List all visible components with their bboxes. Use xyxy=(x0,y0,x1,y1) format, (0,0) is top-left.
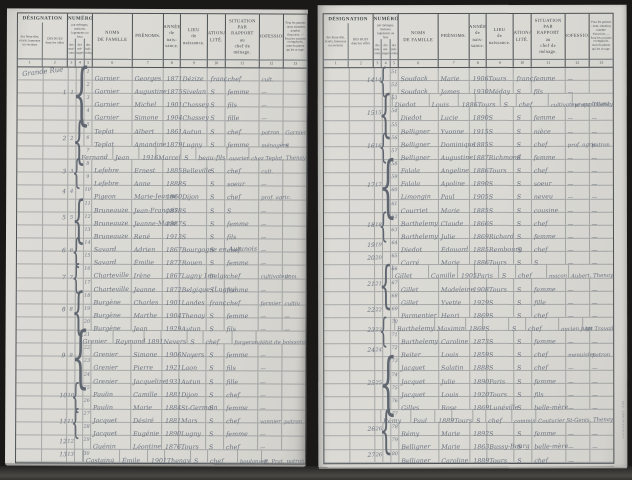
individual-number: 8 xyxy=(83,160,92,168)
cell-lieu: Thenay xyxy=(165,450,191,462)
cell-numeros: 64 xyxy=(324,239,399,251)
table-header: DÉSIGNATION des lieux-dits, écarts, hame… xyxy=(18,13,307,68)
cell-nat: S xyxy=(207,226,225,238)
cell-profession: — xyxy=(566,199,590,211)
cell-nat: S xyxy=(207,279,225,291)
cell-profession: — xyxy=(259,239,283,251)
cell-notes xyxy=(284,95,307,107)
individual-number: 1 xyxy=(84,68,93,76)
cell-lieu: S xyxy=(180,226,207,238)
cell-notes xyxy=(284,69,307,81)
cell-profession: — xyxy=(566,81,590,93)
individual-number: 54 xyxy=(390,108,399,116)
cell-notes xyxy=(282,345,305,357)
cell-profession: — xyxy=(566,370,590,382)
cell-numeros: 13 xyxy=(17,225,92,237)
subcol-places: des lieux-dits, écarts, hameaux ou secti… xyxy=(324,23,349,59)
cell-numeros: 78 xyxy=(324,423,399,435)
cell-numeros: 57 xyxy=(324,147,399,159)
cell-annee: 1885 xyxy=(470,239,487,251)
cell-nom: Fernand xyxy=(80,147,113,159)
subcol-streets: DES RUES dans les villes xyxy=(349,23,373,59)
cell-prenom: Louis xyxy=(439,384,470,396)
cell-notes: R. Prat, patron xyxy=(262,450,305,462)
household-group: {141451SoudackMarie1906Toursfranç.femme—… xyxy=(324,68,613,95)
cell-notes: — xyxy=(590,397,613,409)
cell-profession: — xyxy=(566,397,590,409)
column-numbers: 11 xyxy=(226,59,259,67)
cell-notes xyxy=(590,449,613,461)
cell-situation: femme xyxy=(224,424,258,436)
cell-nom: Barthelemy xyxy=(399,213,439,225)
column-numbers: 12 xyxy=(324,59,373,67)
cell-profession: maçon xyxy=(547,265,569,277)
cell-nat: S xyxy=(514,160,532,172)
cell-situation: cousine xyxy=(532,199,566,211)
cell-prenom: Émile xyxy=(120,449,148,461)
cell-prenom: Louis xyxy=(439,344,470,356)
individual-number: 22 xyxy=(82,344,91,352)
cell-annee: 1888 xyxy=(470,357,487,369)
cell-notes: — xyxy=(590,160,613,172)
cell-profession: — xyxy=(259,253,283,265)
cell-numeros: 17 xyxy=(17,278,92,290)
cell-prenom: René xyxy=(132,226,163,238)
household-group: {6614SavardAdrien1867Bourgogne en Autuno… xyxy=(17,238,306,266)
col-noms: NOMS DE FAMILLE6 xyxy=(93,14,133,67)
cell-nat: S xyxy=(514,147,532,159)
column-numbers: 6 xyxy=(93,59,132,67)
cell-lieu: S xyxy=(487,199,514,211)
cell-situation: femme xyxy=(225,213,259,225)
cell-lieu: S xyxy=(487,121,514,133)
cell-nom: Grenier xyxy=(91,357,131,369)
cell-profession: — xyxy=(566,357,590,369)
cell-notes: propr. Thenay xyxy=(573,94,613,106)
individual-number: 57 xyxy=(390,147,399,155)
cell-profession: — xyxy=(566,291,590,303)
cell-nat: S xyxy=(206,384,224,396)
cell-nat: S xyxy=(501,94,518,106)
cell-profession: — xyxy=(566,423,590,435)
cell-situation: chef xyxy=(225,121,259,133)
household-group: {338LefebreErnest1885BellevilleSchefcult… xyxy=(17,159,306,187)
cell-annee: 1863 xyxy=(470,436,487,448)
cell-prenom: Paul xyxy=(411,410,435,422)
menage-number: 24 xyxy=(375,348,383,353)
menage-number: 14 xyxy=(374,78,382,83)
cell-lieu: S xyxy=(487,305,514,317)
cell-prenom: Émilie xyxy=(132,252,163,264)
census-row: 53DiedotLouis1886ToursSchefcultivateur e… xyxy=(324,94,613,108)
column-numbers: 6 xyxy=(399,59,438,67)
column-numbers: 13 xyxy=(590,59,613,67)
census-row: 66GilletCamille1905ParisSchefmaçonAubert… xyxy=(324,265,613,279)
col-numeros-title: NUMÉROS xyxy=(68,14,92,23)
cell-prenom: Augustine xyxy=(439,147,470,159)
census-row: 11BruneauzeJean-François1878SSS— xyxy=(17,199,306,213)
cell-lieu: Lugny xyxy=(179,423,206,435)
cell-nom: Soudack xyxy=(399,68,439,80)
cell-profession: — xyxy=(566,160,590,172)
cell-notes: — xyxy=(590,226,613,238)
cell-profession: — xyxy=(258,345,282,357)
cell-situation: chef xyxy=(532,357,566,369)
cell-lieu: Laon xyxy=(179,358,206,370)
cell-annee: 1929 xyxy=(470,292,487,304)
cell-nom: Diedot xyxy=(399,239,439,251)
cell-prenom: Désiré xyxy=(131,410,162,422)
cell-numeros: 58 xyxy=(324,160,399,172)
cell-situation: femme xyxy=(225,305,259,317)
cell-nom: Jacquet xyxy=(399,357,439,369)
cell-prenom: Irène xyxy=(132,265,163,277)
cell-annee: 1901 xyxy=(163,292,180,304)
cell-annee: 1886 xyxy=(470,160,487,172)
cell-profession: — xyxy=(259,318,283,330)
col-annee: ANNÉE de nais- sance.8 xyxy=(470,14,487,67)
cell-nat: S xyxy=(188,331,203,343)
census-row: 76GillesRose1869LunévilleSbelle-mère—— xyxy=(324,397,613,411)
cell-nom: Charteville xyxy=(92,265,132,277)
cell-nat: S xyxy=(207,239,225,251)
cell-situation: femme xyxy=(532,278,566,290)
cell-situation: belle-mère xyxy=(532,397,566,409)
col-notes: Pour les patrons : nom, situation, nombr… xyxy=(590,14,613,67)
cell-nat: S xyxy=(514,213,532,225)
cell-nom: Gillet xyxy=(399,279,439,291)
household-group: {5511BruneauzeJean-François1878SSS—12Bru… xyxy=(17,199,306,240)
census-row: 77RémyPaul1889ToursSchefcommisCouturier … xyxy=(324,410,613,424)
cell-situation: fille xyxy=(224,371,258,383)
cell-profession: — xyxy=(566,147,590,159)
handwritten-entry: Belligner xyxy=(399,455,430,465)
cell-annee: 1869 xyxy=(470,397,487,409)
household-group: 242472ReiterLouis1859SSchefmenuisierpatr… xyxy=(324,344,613,358)
cell-situation: chef xyxy=(516,265,547,277)
cell-notes xyxy=(283,161,306,173)
cell-nat: S xyxy=(514,173,532,185)
menage-number: 26 xyxy=(375,427,383,432)
cell-lieu: Autun xyxy=(180,318,207,330)
cell-prenom: Raymond xyxy=(114,331,145,343)
cell-lieu: Tours xyxy=(487,278,514,290)
cell-situation: nièce xyxy=(532,120,566,132)
cell-nat: S xyxy=(206,437,224,449)
cell-notes: — xyxy=(590,291,613,303)
cell-lieu: Noyers xyxy=(179,344,206,356)
cell-notes: — xyxy=(590,107,613,119)
menage-number: 22 xyxy=(375,309,383,314)
cell-nom: Barthelemy xyxy=(399,226,439,238)
cell-profession: — xyxy=(259,226,283,238)
cell-notes xyxy=(283,187,306,199)
cell-prenom: Camille xyxy=(131,384,162,396)
cell-nom: Garnier xyxy=(93,107,133,119)
cell-situation: neveu xyxy=(532,186,566,198)
cell-annee: 1867 xyxy=(163,265,180,277)
cell-notes xyxy=(283,279,306,291)
cell-nom: Gillet xyxy=(399,292,439,304)
individual-number: 65 xyxy=(390,252,399,260)
cell-annee: 1878 xyxy=(163,200,180,212)
numeros-subcolumns: des mai- sons des mé- nages des indi- vi… xyxy=(68,39,92,59)
cell-situation: chef xyxy=(226,68,260,80)
household-group: {212166GilletCamille1905ParisSchefmaçonA… xyxy=(324,265,613,305)
cell-nat: S xyxy=(514,449,532,461)
menage-number: 26 xyxy=(375,453,383,458)
cell-prenom: Lucie xyxy=(439,107,470,119)
cell-prenom: Maximin xyxy=(436,318,467,330)
cell-lieu: Mars xyxy=(179,410,206,422)
menage-number: 17 xyxy=(374,184,382,189)
menage-number: 10 xyxy=(67,394,75,399)
column-numbers: 8 xyxy=(164,59,180,67)
cell-notes: cultiv. xyxy=(283,292,306,304)
cell-lieu: S xyxy=(483,318,509,330)
cell-situation: femme xyxy=(532,147,566,159)
cell-profession: — xyxy=(259,213,283,225)
cell-numeros: 10 xyxy=(17,186,92,198)
individual-number: 27 xyxy=(82,410,91,418)
cell-nat: S xyxy=(206,397,224,409)
cell-prenom: Camille xyxy=(429,265,457,277)
cell-numeros: 7 xyxy=(17,146,80,158)
census-row: 68GilletYvette1929SSfille—— xyxy=(324,291,613,305)
cell-nom: Teplat xyxy=(92,120,132,132)
cell-notes: — xyxy=(590,186,613,198)
cell-nat: S xyxy=(206,410,224,422)
cell-nat: S xyxy=(514,134,532,146)
cell-numeros: 27 xyxy=(16,409,91,421)
cell-annee: 1869 xyxy=(466,318,483,330)
cell-nat: S xyxy=(208,95,226,107)
cell-situation: chef xyxy=(532,239,566,251)
subcol-individus: des indi- vidus xyxy=(390,40,397,60)
cell-nat: S xyxy=(514,278,532,290)
cell-situation: soeur xyxy=(532,173,566,185)
cell-prenom: Madeleine xyxy=(439,279,470,291)
cell-lieu: Bussy-Bourg xyxy=(487,436,514,448)
cell-lieu: Tours xyxy=(179,436,206,448)
numeros-subcolumns: des mai- sons des mé- nages des indi- vi… xyxy=(374,40,398,60)
cell-nom: Diedot xyxy=(399,108,439,120)
col-designation-title: DÉSIGNATION xyxy=(324,14,373,23)
individual-number: 78 xyxy=(390,423,399,431)
cell-prenom: Marie xyxy=(439,200,470,212)
cell-notes: — xyxy=(590,252,613,264)
cell-situation: chef xyxy=(225,160,259,172)
cell-situation: femme xyxy=(225,134,259,146)
census-row: 79BellignerMarie1863Bussy-BourgSbelle-mè… xyxy=(324,436,613,450)
cell-numeros: 66 xyxy=(324,265,393,277)
cell-notes xyxy=(282,437,305,449)
cell-numeros: 26 xyxy=(16,396,91,408)
cell-numeros: 72 xyxy=(324,344,399,356)
cell-lieu: Richmond xyxy=(487,147,514,159)
cell-nom: Grenier xyxy=(91,344,131,356)
cell-lieu: Tours xyxy=(452,410,473,422)
cell-lieu: Paris xyxy=(475,265,500,277)
cell-annee: 1885 xyxy=(470,134,487,146)
cell-profession: forgeron xyxy=(232,331,256,343)
cell-profession: cultivateur exploitant xyxy=(549,94,573,106)
individual-number: 64 xyxy=(390,239,399,247)
cell-profession: fermier xyxy=(259,292,283,304)
col-numeros: NUMÉROS par ménages, maisons, logements … xyxy=(374,14,399,67)
cell-profession: cult. xyxy=(260,68,284,80)
census-row: 61CourrietMarie1885SScousine—— xyxy=(324,199,613,213)
menage-number: 3 xyxy=(68,170,76,175)
cell-nat: S xyxy=(514,107,532,119)
household-group: 131330CastaingÉmile1901ThenaySchefboulan… xyxy=(16,449,305,463)
individual-number: 16 xyxy=(83,265,92,273)
cell-lieu: Lunéville xyxy=(487,397,514,409)
individual-number: 3 xyxy=(84,94,93,102)
household-group: {232370BarthelemyMaximin1869SSchefancien… xyxy=(324,318,613,345)
column-numbers: 12 xyxy=(260,59,283,67)
individual-number: 56 xyxy=(390,134,399,142)
cell-profession: — xyxy=(566,173,590,185)
cell-situation: femme xyxy=(532,68,566,80)
cell-numeros: 8 xyxy=(17,159,92,171)
cell-lieu: Chassey xyxy=(181,94,208,106)
cell-prenom: Dominique xyxy=(439,134,470,146)
cell-lieu: Tours xyxy=(487,68,514,80)
cell-numeros: 19 xyxy=(17,304,92,316)
cell-profession: — xyxy=(259,174,283,186)
cell-nom: Jacquet xyxy=(399,371,439,383)
household-group: 191964DiedotÉdouard1885RembourgSchef—— xyxy=(324,239,613,253)
cell-lieu: Rouen xyxy=(180,252,207,264)
cell-lieu: S xyxy=(487,357,514,369)
cell-lieu: S xyxy=(180,173,207,185)
col-numeros-subtitle: par ménages, maisons, logements ou feux xyxy=(68,23,92,39)
cell-numeros: 25 xyxy=(16,383,91,395)
individual-number: 9 xyxy=(83,173,92,181)
individual-number: 17 xyxy=(83,278,92,286)
cell-situation: chef xyxy=(487,410,513,422)
cell-numeros: 55 xyxy=(324,121,399,133)
cell-nom: Belligner xyxy=(399,436,439,448)
cell-profession: — xyxy=(566,384,590,396)
cell-annee: 1913 xyxy=(163,226,180,238)
cell-profession: ménagère xyxy=(259,134,283,146)
register-page-right: DÉSIGNATION des lieux-dits, écarts, hame… xyxy=(318,5,628,468)
cell-prenom: Marie xyxy=(439,68,470,80)
subcol-streets: DES RUES dans les villes xyxy=(43,23,67,59)
cell-prenom: Claude xyxy=(439,213,470,225)
cell-profession: patron xyxy=(259,121,283,133)
cell-annee: 1889 xyxy=(470,450,487,462)
column-numbers: 7 xyxy=(133,59,163,67)
individual-number: 60 xyxy=(390,187,399,195)
cell-lieu: Lugny 1er xyxy=(180,265,207,277)
subcol-individus: des indi- vidus xyxy=(84,39,91,59)
cell-profession: — xyxy=(566,186,590,198)
cell-nat: S xyxy=(514,121,532,133)
cell-notes: Couturier St-Genis, Thenay xyxy=(536,410,613,422)
cell-nat: S xyxy=(514,397,532,409)
individual-number: 59 xyxy=(390,173,399,181)
menage-number: 13 xyxy=(67,453,75,458)
cell-situation: femme xyxy=(532,423,566,435)
cell-nat: franç. xyxy=(514,68,532,80)
household-group: 222269ParmentierHenri1869SSchef—— xyxy=(324,305,613,319)
cell-numeros: 79 xyxy=(324,437,399,449)
cell-lieu: Tours xyxy=(487,252,514,264)
cell-situation: chef xyxy=(225,292,259,304)
cell-nat: S xyxy=(207,187,225,199)
cell-situation: chef xyxy=(532,305,566,317)
cell-notes: S xyxy=(283,134,306,146)
cell-notes: — xyxy=(590,384,613,396)
cell-nom: Courriet xyxy=(399,200,439,212)
menage-number: 21 xyxy=(375,282,383,287)
cell-annee: 1873 xyxy=(470,331,487,343)
individual-number: 6 xyxy=(83,133,92,141)
cell-nat: S xyxy=(514,384,532,396)
cell-profession: prof. agric. xyxy=(259,187,283,199)
cell-numeros: 61 xyxy=(324,200,399,212)
individual-number: 10 xyxy=(83,186,92,194)
cell-annee: 1869 xyxy=(470,226,487,238)
cell-notes: patron xyxy=(590,344,613,356)
cell-notes: dom. xyxy=(283,266,306,278)
cell-lieu: S xyxy=(487,134,514,146)
cell-numeros: 73 xyxy=(324,358,399,370)
cell-lieu: S xyxy=(487,107,514,119)
cell-nom: Rémy xyxy=(381,410,411,422)
cell-prenom: Augustine xyxy=(133,81,164,93)
menage-number: 9 xyxy=(67,354,75,359)
cell-situation: fils xyxy=(226,95,260,107)
cell-situation: S xyxy=(225,200,259,212)
cell-nat: S xyxy=(514,292,532,304)
cell-prenom: Paul xyxy=(439,186,470,198)
individual-number: 73 xyxy=(390,358,399,366)
cell-notes: — xyxy=(590,305,613,317)
cell-numeros: 68 xyxy=(324,292,399,304)
census-table: DÉSIGNATION des lieux-dits, écarts, hame… xyxy=(15,12,308,464)
cell-situation: femme xyxy=(224,345,258,357)
cell-numeros: 65 xyxy=(324,252,399,264)
cell-profession: ouvrier xyxy=(227,147,250,159)
cell-annee: 1930 xyxy=(470,81,487,93)
cell-nom: Belligner xyxy=(399,121,439,133)
cell-notes xyxy=(590,81,613,93)
col-situation: SITUATION PAR RAPPORT au chef de ménage.… xyxy=(532,14,566,67)
cell-notes xyxy=(590,68,613,80)
col-noms: NOMS DE FAMILLE6 xyxy=(399,14,439,67)
cell-nom: Burgène xyxy=(92,291,132,303)
cell-nom: Belligner xyxy=(399,147,439,159)
cell-notes: — xyxy=(590,436,613,448)
individual-number: 80 xyxy=(390,450,399,458)
cell-situation: femme xyxy=(226,81,260,93)
cell-notes: — xyxy=(590,147,613,159)
cell-prenom: Anne xyxy=(132,173,163,185)
menage-number: 4 xyxy=(68,190,76,195)
handwritten-entry: — xyxy=(566,456,574,465)
handwritten-entry: chef xyxy=(207,455,223,465)
col-nationalite: NATIONA- LITÉ.10 xyxy=(514,14,532,67)
cell-nom: Barthelemy xyxy=(396,318,436,330)
cell-nat: S xyxy=(473,410,487,422)
cell-prenom: Léontine xyxy=(131,436,162,448)
handwritten-entry xyxy=(590,459,592,462)
cell-nat: S xyxy=(514,186,532,198)
